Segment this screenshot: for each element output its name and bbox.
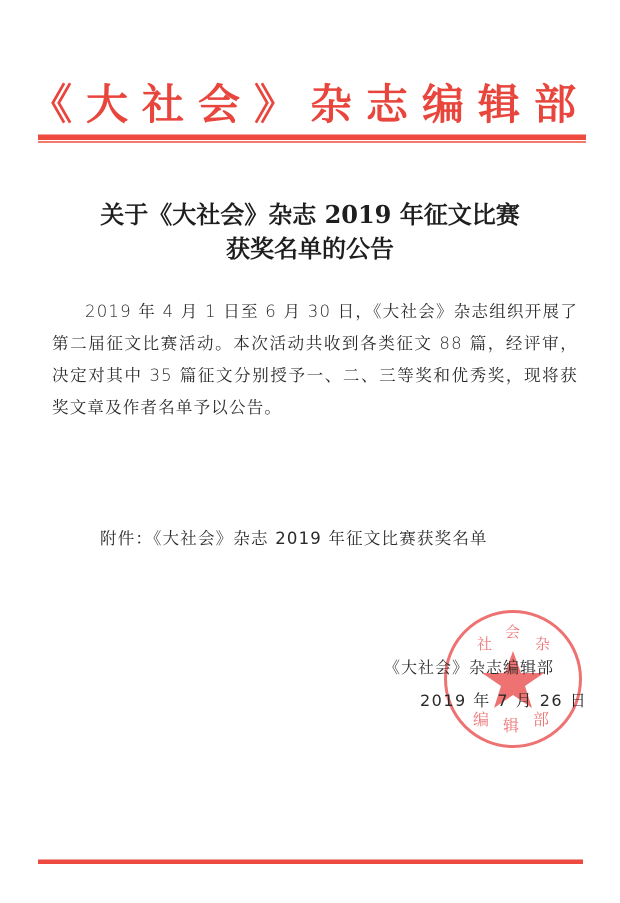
notice-title: 关于《大社会》杂志 2019 年征文比赛 获奖名单的公告	[0, 198, 620, 266]
bottom-red-rule	[38, 859, 583, 864]
masthead-title: 《大社会》杂志编辑部	[0, 80, 620, 130]
signature: 《大社会》杂志编辑部	[384, 655, 554, 678]
svg-text:部: 部	[533, 710, 549, 729]
svg-text:杂: 杂	[535, 635, 550, 653]
svg-text:辑: 辑	[503, 716, 519, 735]
top-red-rule	[38, 134, 586, 140]
seal-star-icon: 社 会 杂 编 辑 部	[447, 613, 579, 745]
notice-title-line1: 关于《大社会》杂志 2019 年征文比赛	[0, 198, 620, 232]
svg-text:会: 会	[505, 623, 520, 641]
svg-text:社: 社	[477, 635, 492, 653]
attachment-line: 附件：《大社会》杂志 2019 年征文比赛获奖名单	[100, 525, 488, 549]
notice-title-line2: 获奖名单的公告	[0, 232, 620, 266]
official-seal: 社 会 杂 编 辑 部	[444, 610, 582, 748]
notice-body: 2019 年 4 月 1 日至 6 月 30 日，《大社会》杂志组织开展了第二届…	[52, 296, 578, 424]
issue-date: 2019 年 7 月 26 日	[420, 688, 587, 711]
notice-paragraph: 2019 年 4 月 1 日至 6 月 30 日，《大社会》杂志组织开展了第二届…	[52, 296, 578, 424]
top-red-rule-thin	[38, 141, 586, 143]
svg-text:编: 编	[473, 710, 489, 729]
